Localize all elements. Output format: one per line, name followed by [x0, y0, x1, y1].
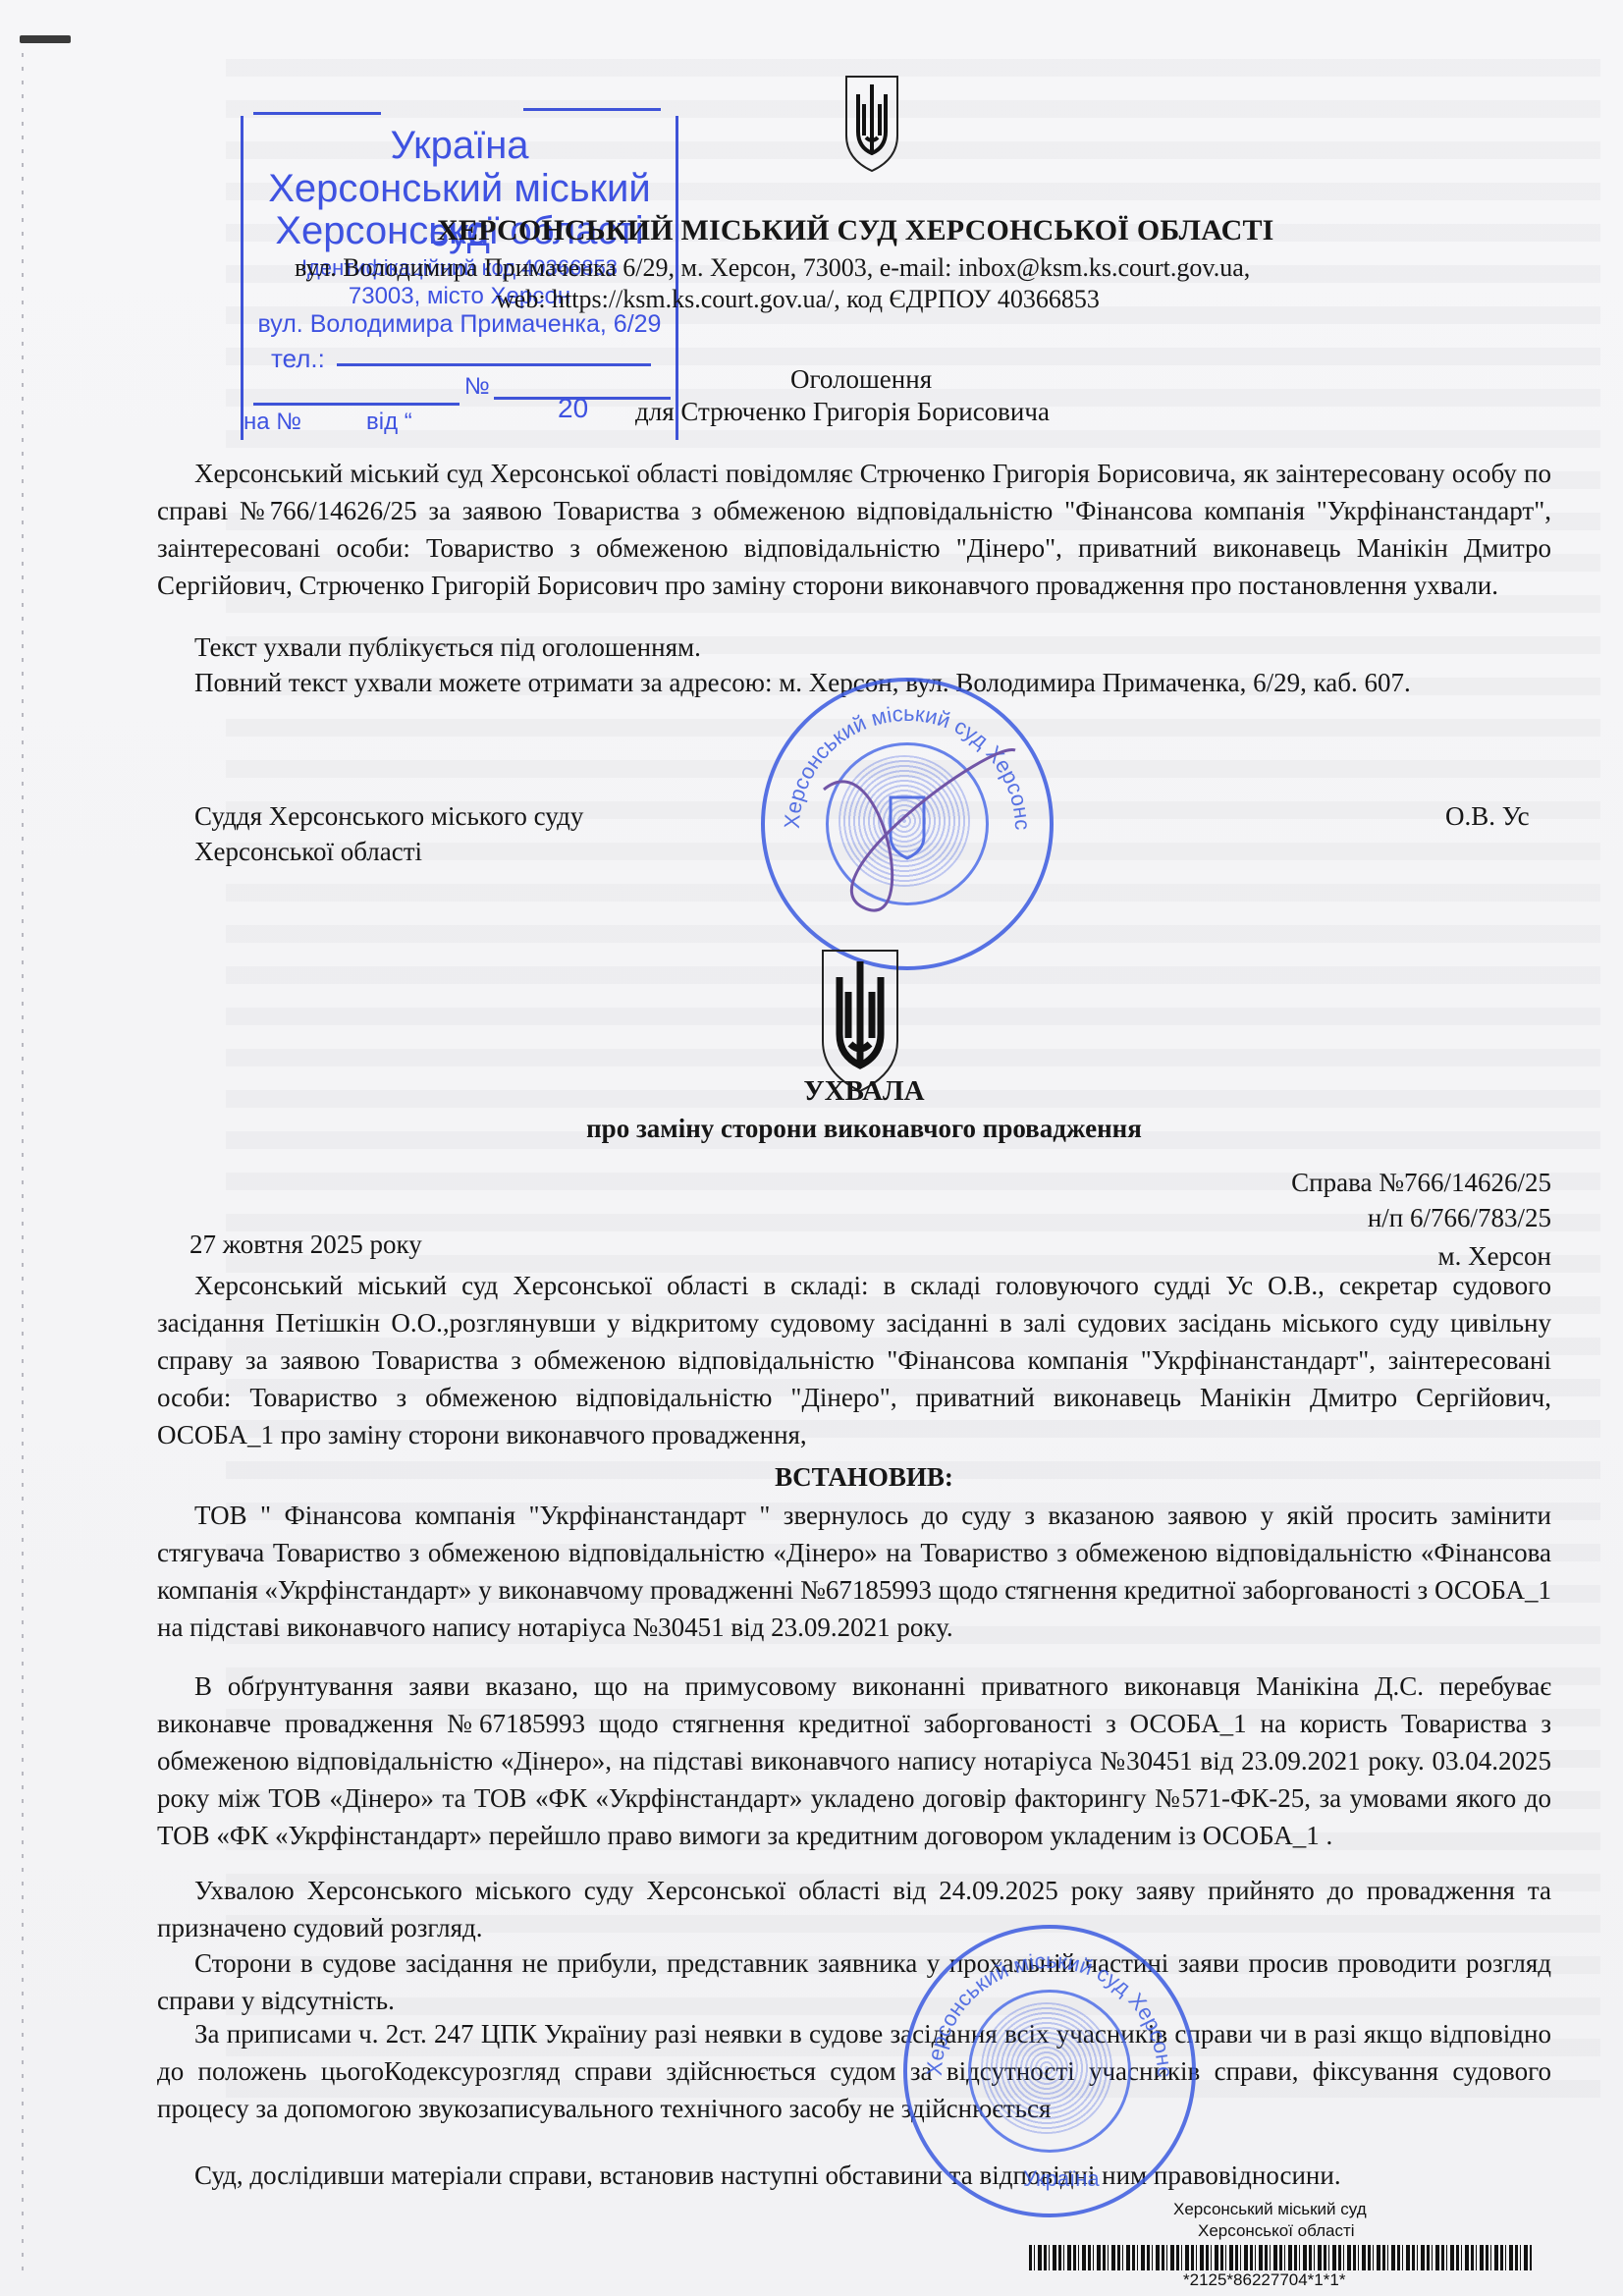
proceeding-number: н/п 6/766/783/25 — [982, 1199, 1551, 1236]
stamp-no-label: № — [464, 373, 490, 401]
seal-outer-text: Херсонський міський суд Херсонської обла… — [907, 1929, 1177, 2078]
announcement-recipient: для Стрюченко Григорія Борисовича — [635, 393, 1050, 430]
ruling-paragraph: Ухвалою Херсонського міського суду Херсо… — [157, 1872, 1551, 1946]
stamp-date-label: від “ — [366, 409, 412, 436]
ruling-title: УХВАЛА — [589, 1072, 1139, 1110]
court-header-title: ХЕРСОНСЬКИЙ МІСЬКИЙ СУД ХЕРСОНСЬКОЇ ОБЛА… — [437, 214, 1274, 247]
court-address: вул. Володимира Примаченка 6/29, м. Херс… — [295, 253, 1250, 283]
announcement-publication-note: Текст ухвали публікується під оголошення… — [157, 629, 1551, 666]
announcement-body: Херсонський міський суд Херсонської обла… — [157, 455, 1551, 604]
barcode — [1029, 2245, 1532, 2270]
staple-mark — [20, 35, 71, 43]
signature-title-2: Херсонської області — [194, 833, 422, 870]
stamp-year-prefix: 20 — [558, 393, 588, 424]
coat-of-arms-icon — [844, 75, 899, 173]
court-web-code: web: https://ksm.ks.court.gov.ua/, код Є… — [496, 285, 1100, 314]
ruling-paragraph: За приписами ч. 2ст. 247 ЦПК Україниу ра… — [157, 2015, 1551, 2127]
stamp-ref-label: на № — [243, 409, 301, 436]
ruling-paragraph: Суд, дослідивши матеріали справи, встано… — [157, 2157, 1551, 2194]
barcode-label-2: Херсонської області — [1198, 2221, 1355, 2241]
stamp-street: вул. Володимира Примаченка, 6/29 — [243, 310, 676, 339]
stamp-rule — [253, 403, 460, 406]
stamp-rule — [523, 108, 661, 111]
barcode-label-1: Херсонський міський суд — [1173, 2200, 1367, 2219]
barcode-code: *2125*86227704*1*1* — [1183, 2270, 1345, 2290]
ruling-paragraph: В обґрунтування заяви вказано, що на при… — [157, 1667, 1551, 1854]
signature-title-1: Суддя Херсонського міського суду — [194, 797, 583, 835]
signature-name: О.В. Ус — [1445, 797, 1530, 835]
ruling-paragraph: Сторони в судове засідання не прибули, п… — [157, 1944, 1551, 2019]
svg-text:Херсонський міський суд Херсон: Херсонський міський суд Херсонської обла… — [907, 1929, 1177, 2078]
binding-holes — [22, 39, 24, 2278]
signature-stroke — [824, 749, 1015, 910]
seal-bottom-text: Україна — [1023, 2166, 1100, 2191]
court-round-seal: Херсонський міський суд Херсонської обла… — [903, 1925, 1196, 2217]
ruling-date: 27 жовтня 2025 року — [189, 1226, 422, 1263]
ruling-intro: Херсонський міський суд Херсонської обла… — [157, 1267, 1551, 1453]
stamp-tel-label: тел.: — [271, 344, 325, 374]
court-round-seal: Херсонський міський суд Херсонської обла… — [761, 678, 1054, 970]
document-page: Україна Херсонський міський суд Херсонсь… — [0, 0, 1623, 2296]
stamp-rule — [337, 363, 651, 366]
established-heading: ВСТАНОВИВ: — [589, 1458, 1139, 1496]
stamp-country: Україна — [243, 124, 676, 168]
stamp-rule — [253, 112, 381, 115]
ruling-paragraph: ТОВ " Фінансова компанія "Укрфінанстанда… — [157, 1497, 1551, 1646]
ruling-subtitle: про заміну сторони виконавчого проваджен… — [442, 1110, 1286, 1147]
case-number: Справа №766/14626/25 — [982, 1164, 1551, 1201]
